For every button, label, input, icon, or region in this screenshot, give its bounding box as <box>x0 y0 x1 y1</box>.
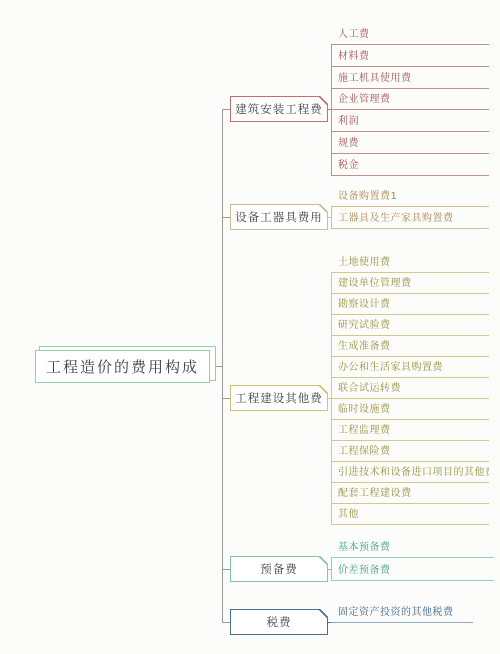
branch-node-label: 预备费 <box>260 561 298 577</box>
leaf-node[interactable]: 施工机具使用费 <box>331 68 489 89</box>
folded-corner-icon <box>319 609 328 618</box>
leaf-node[interactable]: 规费 <box>331 133 489 154</box>
folded-corner-icon <box>319 556 328 565</box>
leaf-node[interactable]: 固定资产投资的其他税费 <box>331 602 473 623</box>
branch-node-label: 工程建设其他费 <box>235 390 323 406</box>
leaf-node[interactable]: 其他 <box>331 504 489 525</box>
branch-node-2[interactable]: 设备工器具费用 <box>230 204 328 230</box>
branch-node-label: 税费 <box>267 614 292 630</box>
leaf-node[interactable]: 价差预备费 <box>331 560 494 581</box>
leaf-node[interactable]: 土地使用费 <box>331 252 489 273</box>
leaf-node[interactable]: 企业管理费 <box>331 89 489 110</box>
leaf-node[interactable]: 人工费 <box>331 24 489 45</box>
leaf-node[interactable]: 研究试验费 <box>331 315 489 336</box>
leaf-node[interactable]: 建设单位管理费 <box>331 273 489 294</box>
folded-corner-icon <box>319 385 328 394</box>
leaf-node[interactable]: 临时设施费 <box>331 399 489 420</box>
branch-node-5[interactable]: 税费 <box>230 609 328 635</box>
branch-node-1[interactable]: 建筑安装工程费 <box>230 96 328 122</box>
leaf-node[interactable]: 联合试运转费 <box>331 378 489 399</box>
branch-node-4[interactable]: 预备费 <box>230 556 328 582</box>
root-node[interactable]: 工程造价的费用构成 <box>35 350 210 383</box>
leaf-node[interactable]: 利润 <box>331 111 489 132</box>
leaf-node[interactable]: 基本预备费 <box>331 537 494 558</box>
trunk-to-branch-connector <box>222 398 230 399</box>
branch-node-label: 设备工器具费用 <box>235 209 323 225</box>
trunk-to-branch-connector <box>222 622 230 623</box>
folded-corner-icon <box>319 96 328 105</box>
leaf-node[interactable]: 材料费 <box>331 46 489 67</box>
root-node-label: 工程造价的费用构成 <box>46 356 199 377</box>
leaf-node[interactable]: 设备购置费1 <box>331 186 489 207</box>
leaf-node[interactable]: 税金 <box>331 155 489 176</box>
mindmap-canvas: 工程造价的费用构成 建筑安装工程费人工费材料费施工机具使用费企业管理费利润规费税… <box>0 0 500 654</box>
trunk-to-branch-connector <box>222 217 230 218</box>
trunk-to-branch-connector <box>222 569 230 570</box>
folded-corner-icon <box>319 204 328 213</box>
leaf-node[interactable]: 勘察设计费 <box>331 294 489 315</box>
trunk-to-branch-connector <box>222 109 230 110</box>
branch-node-3[interactable]: 工程建设其他费 <box>230 385 328 411</box>
branch-node-label: 建筑安装工程费 <box>235 101 323 117</box>
leaf-node[interactable]: 办公和生活家具购置费 <box>331 357 489 378</box>
leaf-node[interactable]: 工程保险费 <box>331 441 489 462</box>
leaf-node[interactable]: 生成准备费 <box>331 336 489 357</box>
leaf-node[interactable]: 工程监理费 <box>331 420 489 441</box>
leaf-node[interactable]: 工器具及生产家具购置费 <box>331 208 489 229</box>
leaf-node[interactable]: 引进技术和设备进口项目的其他费用 <box>331 462 489 483</box>
leaf-node[interactable]: 配套工程建设费 <box>331 483 489 504</box>
